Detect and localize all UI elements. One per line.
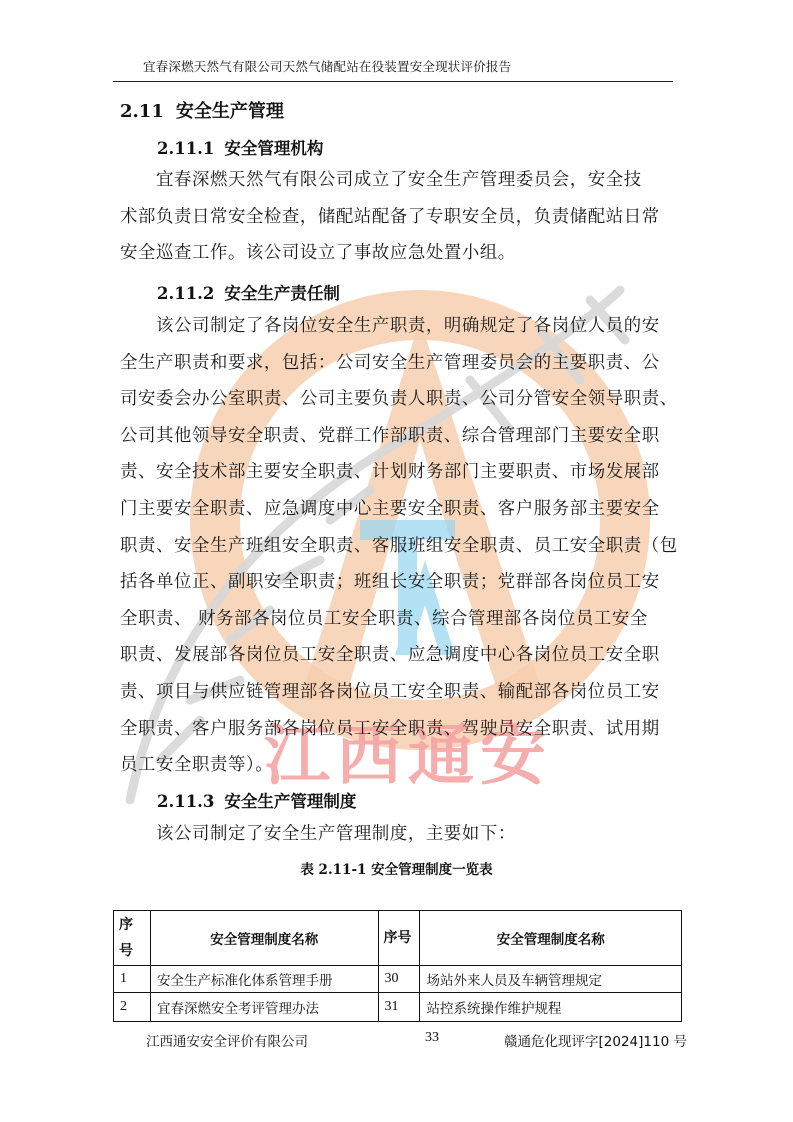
section-heading: 2.11安全生产管理	[120, 97, 284, 123]
footer-company: 江西通安安全评价有限公司	[146, 1030, 308, 1050]
table-caption: 表 2.11-1 安全管理制度一览表	[0, 858, 793, 878]
section-number: 2.11	[120, 101, 164, 122]
paragraph-safety-organization: 宜春深燃天然气有限公司成立了安全生产管理委员会，安全技 术部负责日常安全检查，储…	[120, 162, 680, 272]
report-title: 宜春深燃天然气有限公司天然气储配站在役装置安全现状评价报告	[143, 57, 511, 75]
cell-name: 场站外来人员及车辆管理规定	[420, 966, 682, 993]
document-number: 赣通危化现评字[2024]110 号	[504, 1030, 687, 1050]
cell-seq: 31	[378, 993, 420, 1022]
table-row: 2 宜春深燃安全考评管理办法 31 站控系统操作维护规程	[114, 993, 682, 1022]
section-title: 安全生产管理	[176, 101, 284, 122]
cell-name: 安全生产标准化体系管理手册	[150, 966, 378, 993]
cell-name: 宜春深燃安全考评管理办法	[150, 993, 378, 1022]
column-header-seq: 序号	[378, 911, 420, 966]
paragraph-management-rules: 该公司制定了安全生产管理制度，主要如下：	[120, 816, 680, 853]
column-header-name: 安全管理制度名称	[420, 911, 682, 966]
page-number: 33	[425, 1030, 439, 1046]
subsection-heading-2-11-2: 2.11.2安全生产责任制	[157, 280, 340, 304]
subsection-heading-2-11-3: 2.11.3安全生产管理制度	[157, 788, 356, 812]
page-header: 宜春深燃天然气有限公司天然气储配站在役装置安全现状评价报告	[113, 55, 673, 82]
safety-rules-table: 序号 安全管理制度名称 序号 安全管理制度名称 1 安全生产标准化体系管理手册 …	[113, 910, 682, 1022]
paragraph-responsibility-system: 该公司制定了各岗位安全生产职责，明确规定了各岗位人员的安 全生产职责和要求，包括…	[120, 308, 680, 784]
cell-seq: 1	[114, 966, 151, 993]
page-footer: 江西通安安全评价有限公司 33 赣通危化现评字[2024]110 号	[0, 1030, 793, 1050]
table-header-row: 序号 安全管理制度名称 序号 安全管理制度名称	[114, 911, 682, 966]
column-header-name: 安全管理制度名称	[150, 911, 378, 966]
cell-name: 站控系统操作维护规程	[420, 993, 682, 1022]
cell-seq: 2	[114, 993, 151, 1022]
table-row: 1 安全生产标准化体系管理手册 30 场站外来人员及车辆管理规定	[114, 966, 682, 993]
subsection-heading-2-11-1: 2.11.1安全管理机构	[157, 135, 323, 159]
column-header-seq: 序号	[114, 911, 151, 966]
cell-seq: 30	[378, 966, 420, 993]
